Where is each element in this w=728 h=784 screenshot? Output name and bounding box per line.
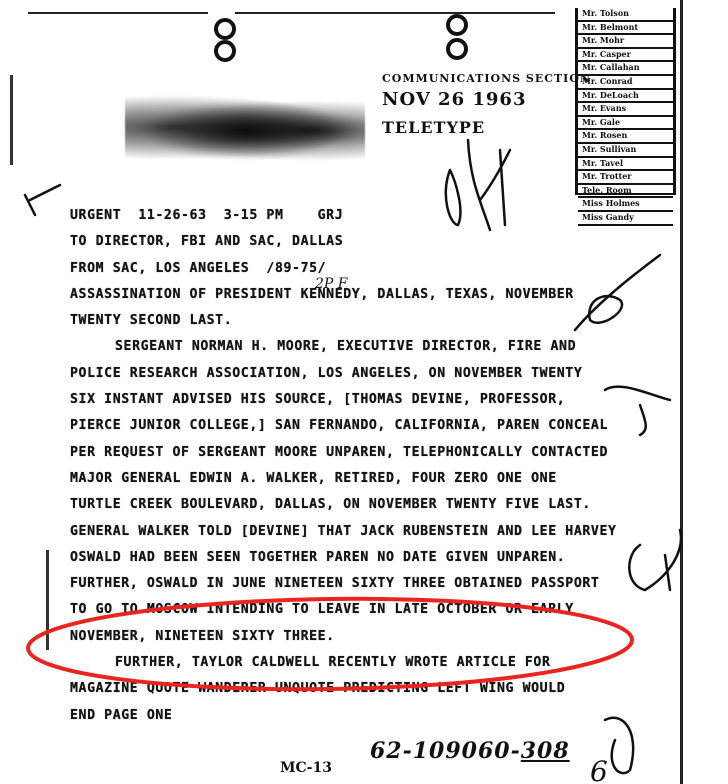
handwritten-signature: [0, 0, 728, 784]
document-page: COMMUNICATIONS SECTION NOV 26 1963 TELET…: [0, 0, 728, 784]
